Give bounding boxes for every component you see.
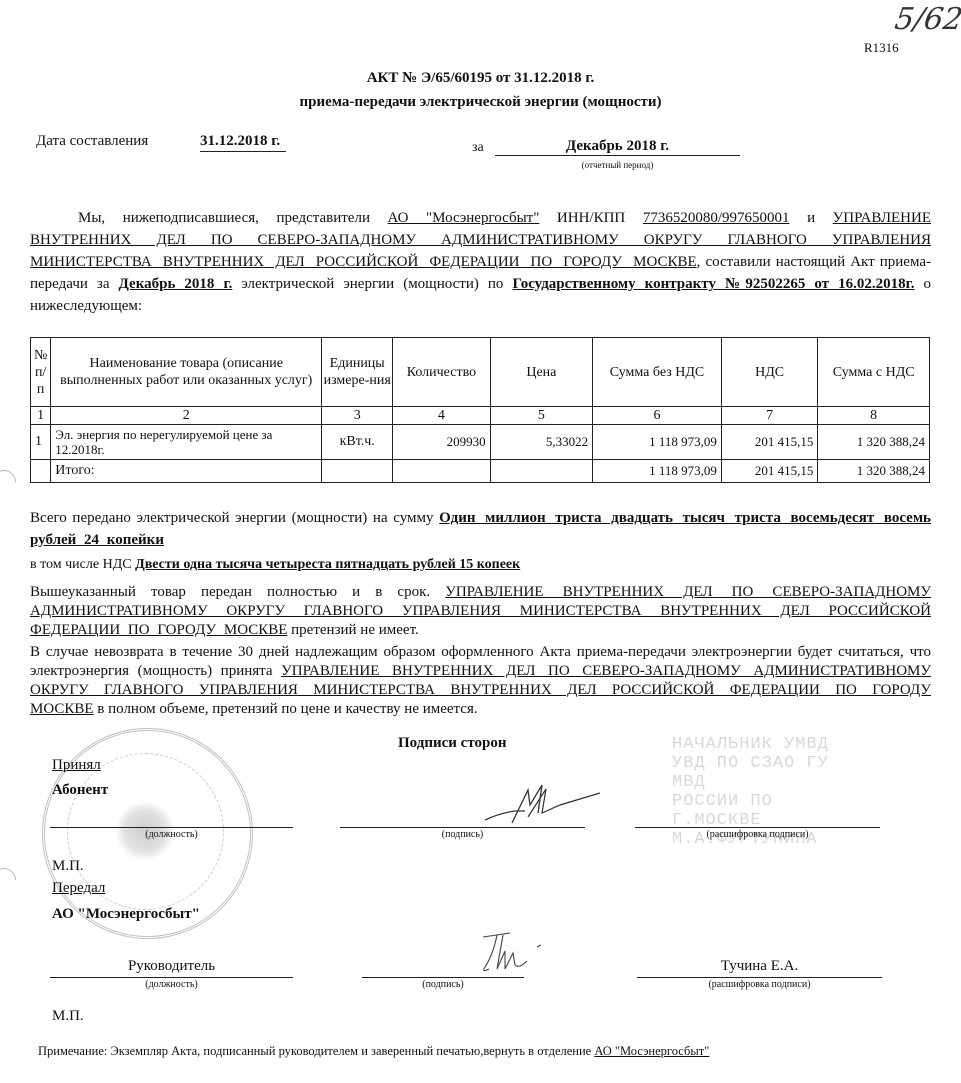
supplier-position: Руководитель bbox=[50, 958, 293, 975]
header-sum-no-vat: Сумма без НДС bbox=[593, 338, 722, 407]
supplier-label: АО "Мосэнергосбыт" bbox=[52, 906, 200, 923]
column-number: 6 bbox=[593, 407, 722, 425]
column-number: 7 bbox=[721, 407, 817, 425]
binder-hole-mark bbox=[0, 863, 21, 897]
row-item-name: Эл. энергия по нерегулируемой цене за 12… bbox=[51, 425, 322, 460]
row-sum-with-vat: 1 320 388,24 bbox=[818, 425, 930, 460]
position-line bbox=[50, 977, 293, 978]
signatures-title: Подписи сторон bbox=[398, 735, 506, 752]
vat-prefix: в том числе НДС bbox=[30, 557, 135, 572]
total-row: Итого: 1 118 973,09 201 415,15 1 320 388… bbox=[31, 460, 930, 483]
column-number: 5 bbox=[490, 407, 592, 425]
position-caption: (должность) bbox=[50, 829, 293, 840]
footer-note: Примечание: Экземпляр Акта, подписанный … bbox=[38, 1044, 709, 1059]
vat-amount-line: в том числе НДС Двести одна тысяча четыр… bbox=[30, 557, 520, 573]
table-header-row: № п/п Наименование товара (описание выпо… bbox=[31, 338, 930, 407]
compiled-date-label: Дата составления bbox=[36, 133, 148, 150]
delivered-prefix: Вышеуказанный товар передан полностью и … bbox=[30, 584, 445, 600]
table-row: 1 Эл. энергия по нерегулируемой цене за … bbox=[31, 425, 930, 460]
page-number-handwritten: 5/62 bbox=[893, 2, 961, 37]
supplier-signer-name: Тучина Е.А. bbox=[637, 958, 882, 975]
seal-place-mark: М.П. bbox=[52, 1008, 84, 1025]
row-sum-no-vat: 1 118 973,09 bbox=[593, 425, 722, 460]
supplier-name: АО "Мосэнергосбыт" bbox=[388, 210, 540, 226]
column-number: 8 bbox=[818, 407, 930, 425]
total-amount-paragraph: Всего передано электрической энергии (мо… bbox=[30, 507, 931, 551]
intro-period: Декабрь 2018 г. bbox=[119, 276, 233, 292]
total-label: Итого: bbox=[51, 460, 322, 483]
total-empty-cell bbox=[393, 460, 490, 483]
row-num: 1 bbox=[31, 425, 51, 460]
reporting-period-value: Декабрь 2018 г. bbox=[495, 138, 740, 156]
faded-stamp-line: УВД ПО СЗАО ГУ МВД bbox=[672, 754, 872, 792]
binder-hole-mark bbox=[0, 465, 21, 499]
intro-paragraph: Мы, нижеподписавшиеся, представители АО … bbox=[30, 207, 931, 317]
header-name: Наименование товара (описание выполненны… bbox=[51, 338, 322, 407]
header-price: Цена bbox=[490, 338, 592, 407]
contract-reference: Государственному контракту №92502265 от … bbox=[512, 276, 914, 292]
total-prefix: Всего передано электрической энергии (мо… bbox=[30, 510, 439, 526]
nonreturn-paragraph: В случае невозврата в течение 30 дней на… bbox=[30, 643, 931, 719]
total-empty-cell bbox=[490, 460, 592, 483]
note-text: Примечание: Экземпляр Акта, подписанный … bbox=[38, 1044, 594, 1058]
transferred-label: Передал bbox=[52, 880, 105, 897]
column-number: 4 bbox=[393, 407, 490, 425]
header-sum-with-vat: Сумма с НДС bbox=[818, 338, 930, 407]
row-unit: кВт.ч. bbox=[322, 425, 393, 460]
seal-place-mark: М.П. bbox=[52, 858, 84, 875]
header-vat: НДС bbox=[721, 338, 817, 407]
intro-text: и bbox=[790, 210, 833, 226]
delivered-suffix: претензий не имеет. bbox=[287, 622, 418, 638]
document-subtitle: приема-передачи электрической энергии (м… bbox=[0, 94, 961, 111]
column-number: 2 bbox=[51, 407, 322, 425]
faded-stamp-line: НАЧАЛЬНИК УМВД bbox=[672, 735, 872, 754]
note-organization: АО "Мосэнергосбыт" bbox=[594, 1044, 709, 1058]
column-number-row: 1 2 3 4 5 6 7 8 bbox=[31, 407, 930, 425]
decode-line bbox=[637, 977, 882, 978]
inn-kpp: 7736520080/997650001 bbox=[643, 210, 790, 226]
reporting-period-caption: (отчетный период) bbox=[495, 160, 740, 170]
total-empty-cell bbox=[31, 460, 51, 483]
delivered-paragraph: Вышеуказанный товар передан полностью и … bbox=[30, 583, 931, 640]
items-table: № п/п Наименование товара (описание выпо… bbox=[30, 337, 930, 483]
column-number: 1 bbox=[31, 407, 51, 425]
compiled-date-value: 31.12.2018 г. bbox=[200, 133, 286, 152]
row-price: 5,33022 bbox=[490, 425, 592, 460]
row-vat: 201 415,15 bbox=[721, 425, 817, 460]
subscriber-label: Абонент bbox=[52, 782, 108, 799]
position-caption: (должность) bbox=[50, 979, 293, 990]
decode-line bbox=[635, 827, 880, 828]
total-vat: 201 415,15 bbox=[721, 460, 817, 483]
faded-stamp-line: РОССИИ ПО Г.МОСКВЕ bbox=[672, 792, 872, 830]
header-unit: Единицы измере-ния bbox=[322, 338, 393, 407]
total-sum-with-vat: 1 320 388,24 bbox=[818, 460, 930, 483]
header-quantity: Количество bbox=[393, 338, 490, 407]
header-num: № п/п bbox=[31, 338, 51, 407]
intro-text: ИНН/КПП bbox=[539, 210, 642, 226]
column-number: 3 bbox=[322, 407, 393, 425]
intro-text: электрической энергии (мощности) по bbox=[232, 276, 512, 292]
accepted-label: Принял bbox=[52, 757, 101, 774]
nonreturn-suffix: в полном объеме, претензий по цене и кач… bbox=[94, 701, 478, 717]
signature-caption: (подпись) bbox=[362, 979, 524, 990]
total-empty-cell bbox=[322, 460, 393, 483]
row-quantity: 209930 bbox=[393, 425, 490, 460]
intro-text: Мы, нижеподписавшиеся, представители bbox=[78, 210, 388, 226]
position-line bbox=[50, 827, 293, 828]
decode-caption: (расшифровка подписи) bbox=[635, 829, 880, 840]
total-sum-no-vat: 1 118 973,09 bbox=[593, 460, 722, 483]
decode-caption: (расшифровка подписи) bbox=[637, 979, 882, 990]
registry-code: R1316 bbox=[864, 40, 899, 56]
vat-amount-words: Двести одна тысяча четыреста пятнадцать … bbox=[135, 557, 520, 572]
customer-signature bbox=[480, 775, 630, 835]
supplier-signature bbox=[475, 925, 565, 980]
document-title: АКТ № Э/65/60195 от 31.12.2018 г. bbox=[0, 70, 961, 87]
period-prefix: за bbox=[472, 140, 484, 156]
